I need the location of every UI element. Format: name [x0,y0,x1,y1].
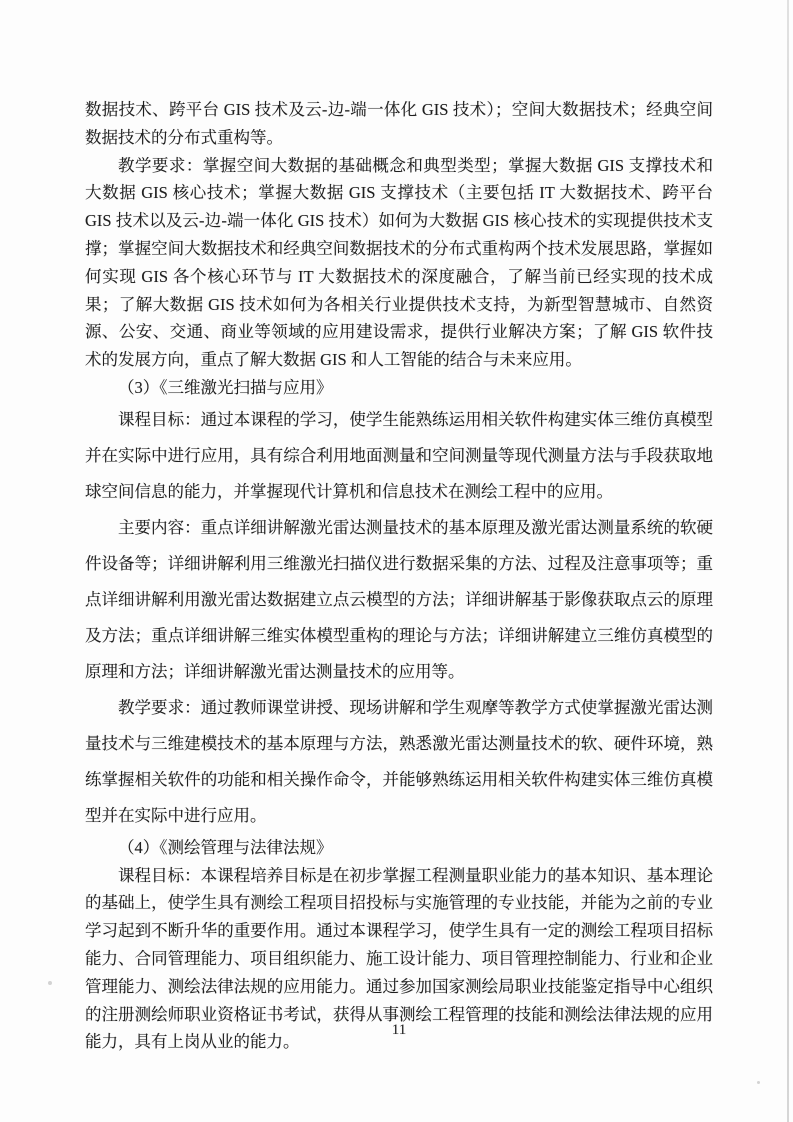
scan-edge-line [787,0,789,1122]
page-number: 11 [85,1022,713,1039]
page-body-text: 数据技术、跨平台 GIS 技术及云-边-端一体化 GIS 技术）；空间大数据技术… [85,96,713,1056]
document-page: 数据技术、跨平台 GIS 技术及云-边-端一体化 GIS 技术）；空间大数据技术… [0,0,793,1122]
heading-course-4: （4）《测绘管理与法律法规》 [85,834,713,862]
paragraph-course3-teaching-requirements: 教学要求：通过教师课堂讲授、现场讲解和学生观摩等教学方式使掌握激光雷达测量技术与… [85,690,713,834]
scan-speck [48,981,52,985]
heading-course-3: （3）《三维激光扫描与应用》 [85,374,713,402]
paragraph-bigdata-continuation: 数据技术、跨平台 GIS 技术及云-边-端一体化 GIS 技术）；空间大数据技术… [85,96,713,152]
paragraph-bigdata-teaching-requirements: 教学要求：掌握空间大数据的基础概念和典型类型；掌握大数据 GIS 支撑技术和大数… [85,152,713,374]
paragraph-course3-objectives: 课程目标：通过本课程的学习，使学生能熟练运用相关软件构建实体三维仿真模型并在实际… [85,402,713,510]
paragraph-course3-main-content: 主要内容：重点详细讲解激光雷达测量技术的基本原理及激光雷达测量系统的软硬件设备等… [85,510,713,690]
scan-speck [757,1081,760,1084]
